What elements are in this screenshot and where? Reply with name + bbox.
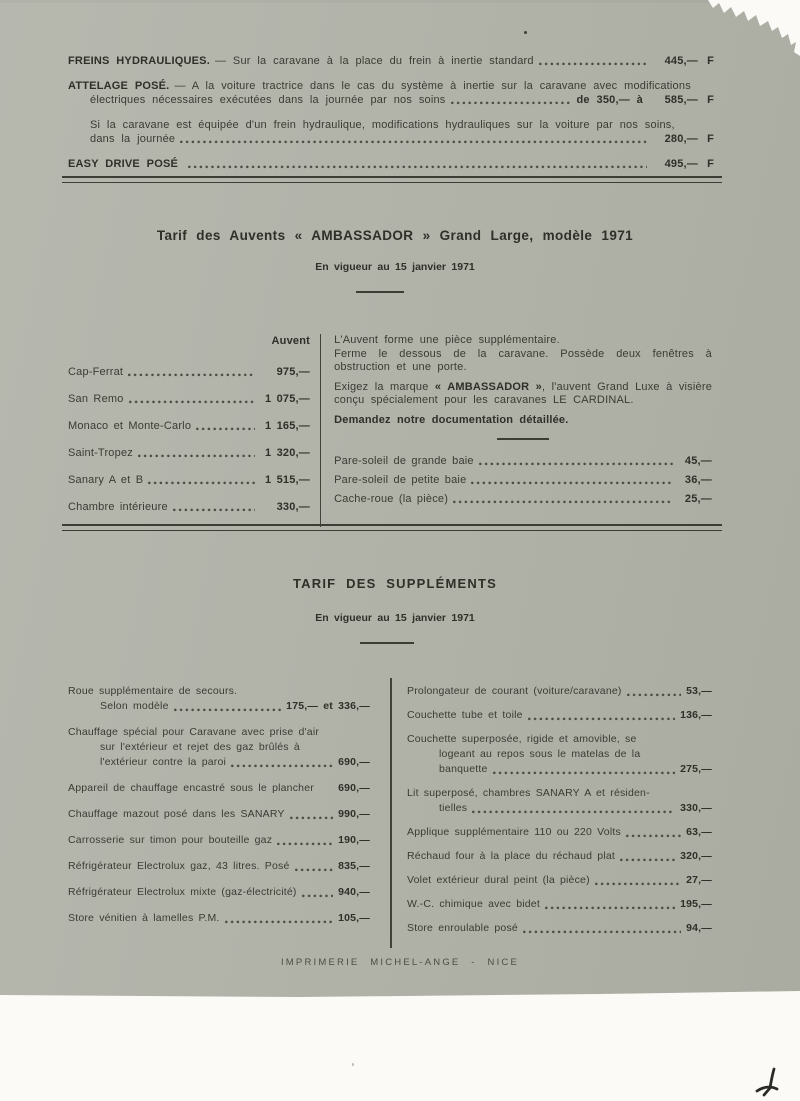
model-name: Chambre intérieure bbox=[68, 500, 168, 514]
supplement-price: 835,— bbox=[338, 859, 370, 874]
price-value: 445,— bbox=[652, 54, 698, 68]
awning-column-header: Auvent bbox=[68, 334, 310, 348]
supplement-price: 330,— bbox=[680, 801, 712, 816]
model-price: 1 320,— bbox=[260, 446, 310, 460]
supplements-section-subtitle: En vigueur au 15 janvier 1971 bbox=[0, 612, 790, 624]
dot-leader bbox=[451, 101, 572, 105]
section-divider bbox=[62, 176, 722, 183]
supplement-line: Roue supplémentaire de secours. bbox=[68, 684, 370, 699]
price-line-text: Si la caravane est équipée d'un frein hy… bbox=[90, 118, 675, 132]
price-line: FREINS HYDRAULIQUES. — Sur la caravane à… bbox=[68, 54, 714, 68]
price-value: 495,— bbox=[652, 157, 698, 171]
model-name: Monaco et Monte-Carlo bbox=[68, 419, 191, 433]
supplement-line: Appareil de chauffage encastré sous le p… bbox=[68, 781, 370, 796]
currency-label: F bbox=[698, 157, 714, 171]
currency-label: F bbox=[698, 132, 714, 146]
supplements-right-column: Prolongateur de courant (voiture/caravan… bbox=[392, 684, 712, 948]
price-line-text: — A la voiture tractrice dans le cas du … bbox=[174, 79, 690, 93]
supplement-text: Lit superposé, chambres SANARY A et rési… bbox=[407, 786, 650, 801]
dot-leader bbox=[180, 140, 647, 144]
dot-leader bbox=[453, 500, 673, 504]
supplements-section-title: TARIF DES SUPPLÉMENTS bbox=[0, 576, 790, 591]
price-line: Si la caravane est équipée d'un frein hy… bbox=[68, 118, 714, 132]
supplements-block: Roue supplémentaire de secours. Selon mo… bbox=[68, 684, 712, 948]
supplement-line: Prolongateur de courant (voiture/caravan… bbox=[407, 684, 712, 699]
dot-leader bbox=[472, 810, 675, 814]
supplement-line: Réfrigérateur Electrolux gaz, 43 litres.… bbox=[68, 859, 370, 874]
dot-leader bbox=[471, 481, 673, 485]
supplement-price: 320,— bbox=[680, 849, 712, 864]
accessory-name: Pare-soleil de grande baie bbox=[334, 454, 474, 468]
dot-leader bbox=[595, 882, 681, 886]
supplement-text: Volet extérieur dural peint (la pièce) bbox=[407, 873, 590, 888]
model-name: Saint-Tropez bbox=[68, 446, 133, 460]
supplements-left-column: Roue supplémentaire de secours. Selon mo… bbox=[68, 684, 370, 948]
dot-leader bbox=[196, 427, 255, 431]
table-row: Sanary A et B 1 515,— bbox=[68, 473, 310, 487]
price-prefix: de 350,— à bbox=[577, 93, 643, 107]
model-price: 975,— bbox=[260, 365, 310, 379]
supplement-line: Applique supplémentaire 110 ou 220 Volts… bbox=[407, 825, 712, 840]
dot-leader bbox=[148, 481, 255, 485]
supplement-line: W.-C. chimique avec bidet 195,— bbox=[407, 897, 712, 912]
supplement-text: Applique supplémentaire 110 ou 220 Volts bbox=[407, 825, 621, 840]
dot-leader bbox=[173, 508, 255, 512]
dot-leader bbox=[493, 771, 676, 775]
intro-price-list: FREINS HYDRAULIQUES. — Sur la caravane à… bbox=[68, 54, 714, 171]
supplement-text: Carrosserie sur timon pour bouteille gaz bbox=[68, 833, 272, 848]
supplement-text: Réfrigérateur Electrolux gaz, 43 litres.… bbox=[68, 859, 290, 874]
dot-leader bbox=[225, 920, 334, 924]
model-name: San Remo bbox=[68, 392, 124, 406]
table-row: Saint-Tropez 1 320,— bbox=[68, 446, 310, 460]
table-row: Monaco et Monte-Carlo 1 165,— bbox=[68, 419, 310, 433]
small-rule bbox=[497, 438, 549, 440]
accessory-name: Pare-soleil de petite baie bbox=[334, 473, 466, 487]
dot-leader bbox=[626, 834, 681, 838]
description-line: L'Auvent forme une pièce supplémentaire. bbox=[334, 334, 712, 348]
table-row: Chambre intérieure 330,— bbox=[68, 500, 310, 514]
supplement-line: Lit superposé, chambres SANARY A et rési… bbox=[407, 786, 712, 801]
dot-leader bbox=[129, 400, 255, 404]
printer-credit: IMPRIMERIE MICHEL-ANGE - NICE bbox=[0, 957, 800, 968]
ink-speck bbox=[524, 31, 527, 34]
dot-leader bbox=[545, 906, 675, 910]
model-price: 330,— bbox=[260, 500, 310, 514]
dot-leader bbox=[188, 165, 647, 169]
brand-name: « AMBASSADOR » bbox=[435, 381, 542, 393]
price-line-text: — Sur la caravane à la place du frein à … bbox=[215, 54, 534, 68]
accessory-price: 45,— bbox=[678, 454, 712, 468]
supplement-price: 136,— bbox=[680, 708, 712, 723]
accessory-row: Cache-roue (la pièce) 25,— bbox=[334, 492, 712, 506]
dot-leader bbox=[620, 858, 675, 862]
awning-description: L'Auvent forme une pièce supplémentaire.… bbox=[321, 334, 712, 527]
price-line-lead: ATTELAGE POSÉ. bbox=[68, 79, 169, 93]
currency-label: F bbox=[698, 93, 714, 107]
model-price: 1 075,— bbox=[260, 392, 310, 406]
price-line-text: électriques nécessaires exécutées dans l… bbox=[90, 93, 446, 107]
dot-leader bbox=[295, 868, 334, 872]
supplement-price: 94,— bbox=[686, 921, 712, 936]
dot-leader bbox=[138, 454, 255, 458]
brand-note: Exigez la marque « AMBASSADOR », l'auven… bbox=[334, 381, 712, 408]
supplement-line: logeant au repos sous le matelas de la bbox=[407, 747, 712, 762]
model-price: 1 165,— bbox=[260, 419, 310, 433]
supplement-text: l'extérieur contre la paroi bbox=[100, 755, 226, 770]
supplement-line: Couchette superposée, rigide et amovible… bbox=[407, 732, 712, 747]
supplement-line: Selon modèle 175,— et 336,— bbox=[68, 699, 370, 714]
model-name: Sanary A et B bbox=[68, 473, 143, 487]
awning-section-subtitle: En vigueur au 15 janvier 1971 bbox=[0, 261, 790, 273]
ink-speck bbox=[352, 1063, 354, 1066]
dot-leader bbox=[523, 930, 681, 934]
supplement-price: 27,— bbox=[686, 873, 712, 888]
dot-leader bbox=[231, 764, 333, 768]
accessory-price: 36,— bbox=[678, 473, 712, 487]
table-row: San Remo 1 075,— bbox=[68, 392, 310, 406]
awning-price-table: Auvent Cap-Ferrat 975,— San Remo 1 075,—… bbox=[68, 334, 320, 527]
awning-block: Auvent Cap-Ferrat 975,— San Remo 1 075,—… bbox=[68, 334, 712, 527]
supplement-price: 63,— bbox=[686, 825, 712, 840]
supplement-text: Chauffage spécial pour Caravane avec pri… bbox=[68, 725, 319, 740]
supplement-text: Store vénitien à lamelles P.M. bbox=[68, 911, 220, 926]
currency-label: F bbox=[698, 54, 714, 68]
supplement-text: banquette bbox=[439, 762, 488, 777]
supplement-price: 190,— bbox=[338, 833, 370, 848]
scanned-page: { "colors":{"paper":"#b2b4aa","ink":"#3a… bbox=[0, 0, 800, 1101]
supplement-line: Réfrigérateur Electrolux mixte (gaz-élec… bbox=[68, 885, 370, 900]
price-line: ATTELAGE POSÉ. — A la voiture tractrice … bbox=[68, 79, 714, 93]
supplement-text: tielles bbox=[439, 801, 467, 816]
supplement-price: 990,— bbox=[338, 807, 370, 822]
supplement-price: 175,— et 336,— bbox=[286, 699, 370, 714]
dot-leader bbox=[539, 62, 647, 66]
supplement-price: 195,— bbox=[680, 897, 712, 912]
supplement-line: Store vénitien à lamelles P.M. 105,— bbox=[68, 911, 370, 926]
supplement-line: Réchaud four à la place du réchaud plat … bbox=[407, 849, 712, 864]
supplement-line: l'extérieur contre la paroi 690,— bbox=[68, 755, 370, 770]
price-line-text: dans la journée bbox=[90, 132, 175, 146]
supplement-line: Chauffage spécial pour Caravane avec pri… bbox=[68, 725, 370, 740]
section-divider bbox=[62, 524, 722, 531]
awning-section-title: Tarif des Auvents « AMBASSADOR » Grand L… bbox=[0, 228, 790, 243]
accessory-price: 25,— bbox=[678, 492, 712, 506]
price-value: 585,— bbox=[652, 93, 698, 107]
supplement-line: Volet extérieur dural peint (la pièce) 2… bbox=[407, 873, 712, 888]
supplement-text: W.-C. chimique avec bidet bbox=[407, 897, 540, 912]
dot-leader bbox=[128, 373, 255, 377]
supplement-text: Roue supplémentaire de secours. bbox=[68, 684, 237, 699]
price-line: EASY DRIVE POSÉ 495,— F bbox=[68, 157, 714, 171]
supplement-text: Couchette tube et toile bbox=[407, 708, 523, 723]
accessory-row: Pare-soleil de petite baie 36,— bbox=[334, 473, 712, 487]
supplement-price: 105,— bbox=[338, 911, 370, 926]
supplement-text: Réfrigérateur Electrolux mixte (gaz-élec… bbox=[68, 885, 297, 900]
supplement-text: Réchaud four à la place du réchaud plat bbox=[407, 849, 615, 864]
dot-leader bbox=[479, 462, 673, 466]
model-name: Cap-Ferrat bbox=[68, 365, 123, 379]
ink-mark bbox=[750, 1066, 784, 1100]
supplement-price: 275,— bbox=[680, 762, 712, 777]
small-rule bbox=[356, 291, 404, 293]
supplement-line: Carrosserie sur timon pour bouteille gaz… bbox=[68, 833, 370, 848]
price-line: dans la journée 280,— F bbox=[68, 132, 714, 146]
supplement-text: logeant au repos sous le matelas de la bbox=[439, 747, 640, 762]
model-price: 1 515,— bbox=[260, 473, 310, 487]
accessory-row: Pare-soleil de grande baie 45,— bbox=[334, 454, 712, 468]
supplement-text: Selon modèle bbox=[100, 699, 169, 714]
brand-note-pre: Exigez la marque bbox=[334, 381, 435, 393]
supplement-line: Couchette tube et toile 136,— bbox=[407, 708, 712, 723]
supplement-price: 940,— bbox=[338, 885, 370, 900]
dot-leader bbox=[528, 717, 675, 721]
dot-leader bbox=[627, 693, 681, 697]
supplement-text: sur l'extérieur et rejet des gaz brûlés … bbox=[100, 740, 300, 755]
price-line-lead: EASY DRIVE POSÉ bbox=[68, 157, 178, 171]
supplement-price: 53,— bbox=[686, 684, 712, 699]
supplement-text: Couchette superposée, rigide et amovible… bbox=[407, 732, 637, 747]
supplement-line: sur l'extérieur et rejet des gaz brûlés … bbox=[68, 740, 370, 755]
price-line-lead: FREINS HYDRAULIQUES. bbox=[68, 54, 210, 68]
supplement-line: Chauffage mazout posé dans les SANARY 99… bbox=[68, 807, 370, 822]
table-row: Cap-Ferrat 975,— bbox=[68, 365, 310, 379]
dot-leader bbox=[290, 816, 333, 820]
dot-leader bbox=[174, 708, 282, 712]
small-rule bbox=[360, 642, 414, 644]
supplement-price: 690,— bbox=[338, 755, 370, 770]
supplement-line: banquette 275,— bbox=[407, 762, 712, 777]
supplement-text: Prolongateur de courant (voiture/caravan… bbox=[407, 684, 622, 699]
supplement-text: Chauffage mazout posé dans les SANARY bbox=[68, 807, 285, 822]
dot-leader bbox=[302, 894, 333, 898]
supplement-price: 690,— bbox=[338, 781, 370, 796]
price-value: 280,— bbox=[652, 132, 698, 146]
supplement-line: tielles 330,— bbox=[407, 801, 712, 816]
accessory-name: Cache-roue (la pièce) bbox=[334, 492, 448, 506]
dot-leader bbox=[277, 842, 333, 846]
supplement-text: Appareil de chauffage encastré sous le p… bbox=[68, 781, 314, 796]
supplement-line: Store enroulable posé 94,— bbox=[407, 921, 712, 936]
documentation-note: Demandez notre documentation détaillée. bbox=[334, 414, 712, 428]
supplement-text: Store enroulable posé bbox=[407, 921, 518, 936]
description-line: Ferme le dessous de la caravane. Possède… bbox=[334, 348, 712, 375]
price-line: électriques nécessaires exécutées dans l… bbox=[68, 93, 714, 107]
